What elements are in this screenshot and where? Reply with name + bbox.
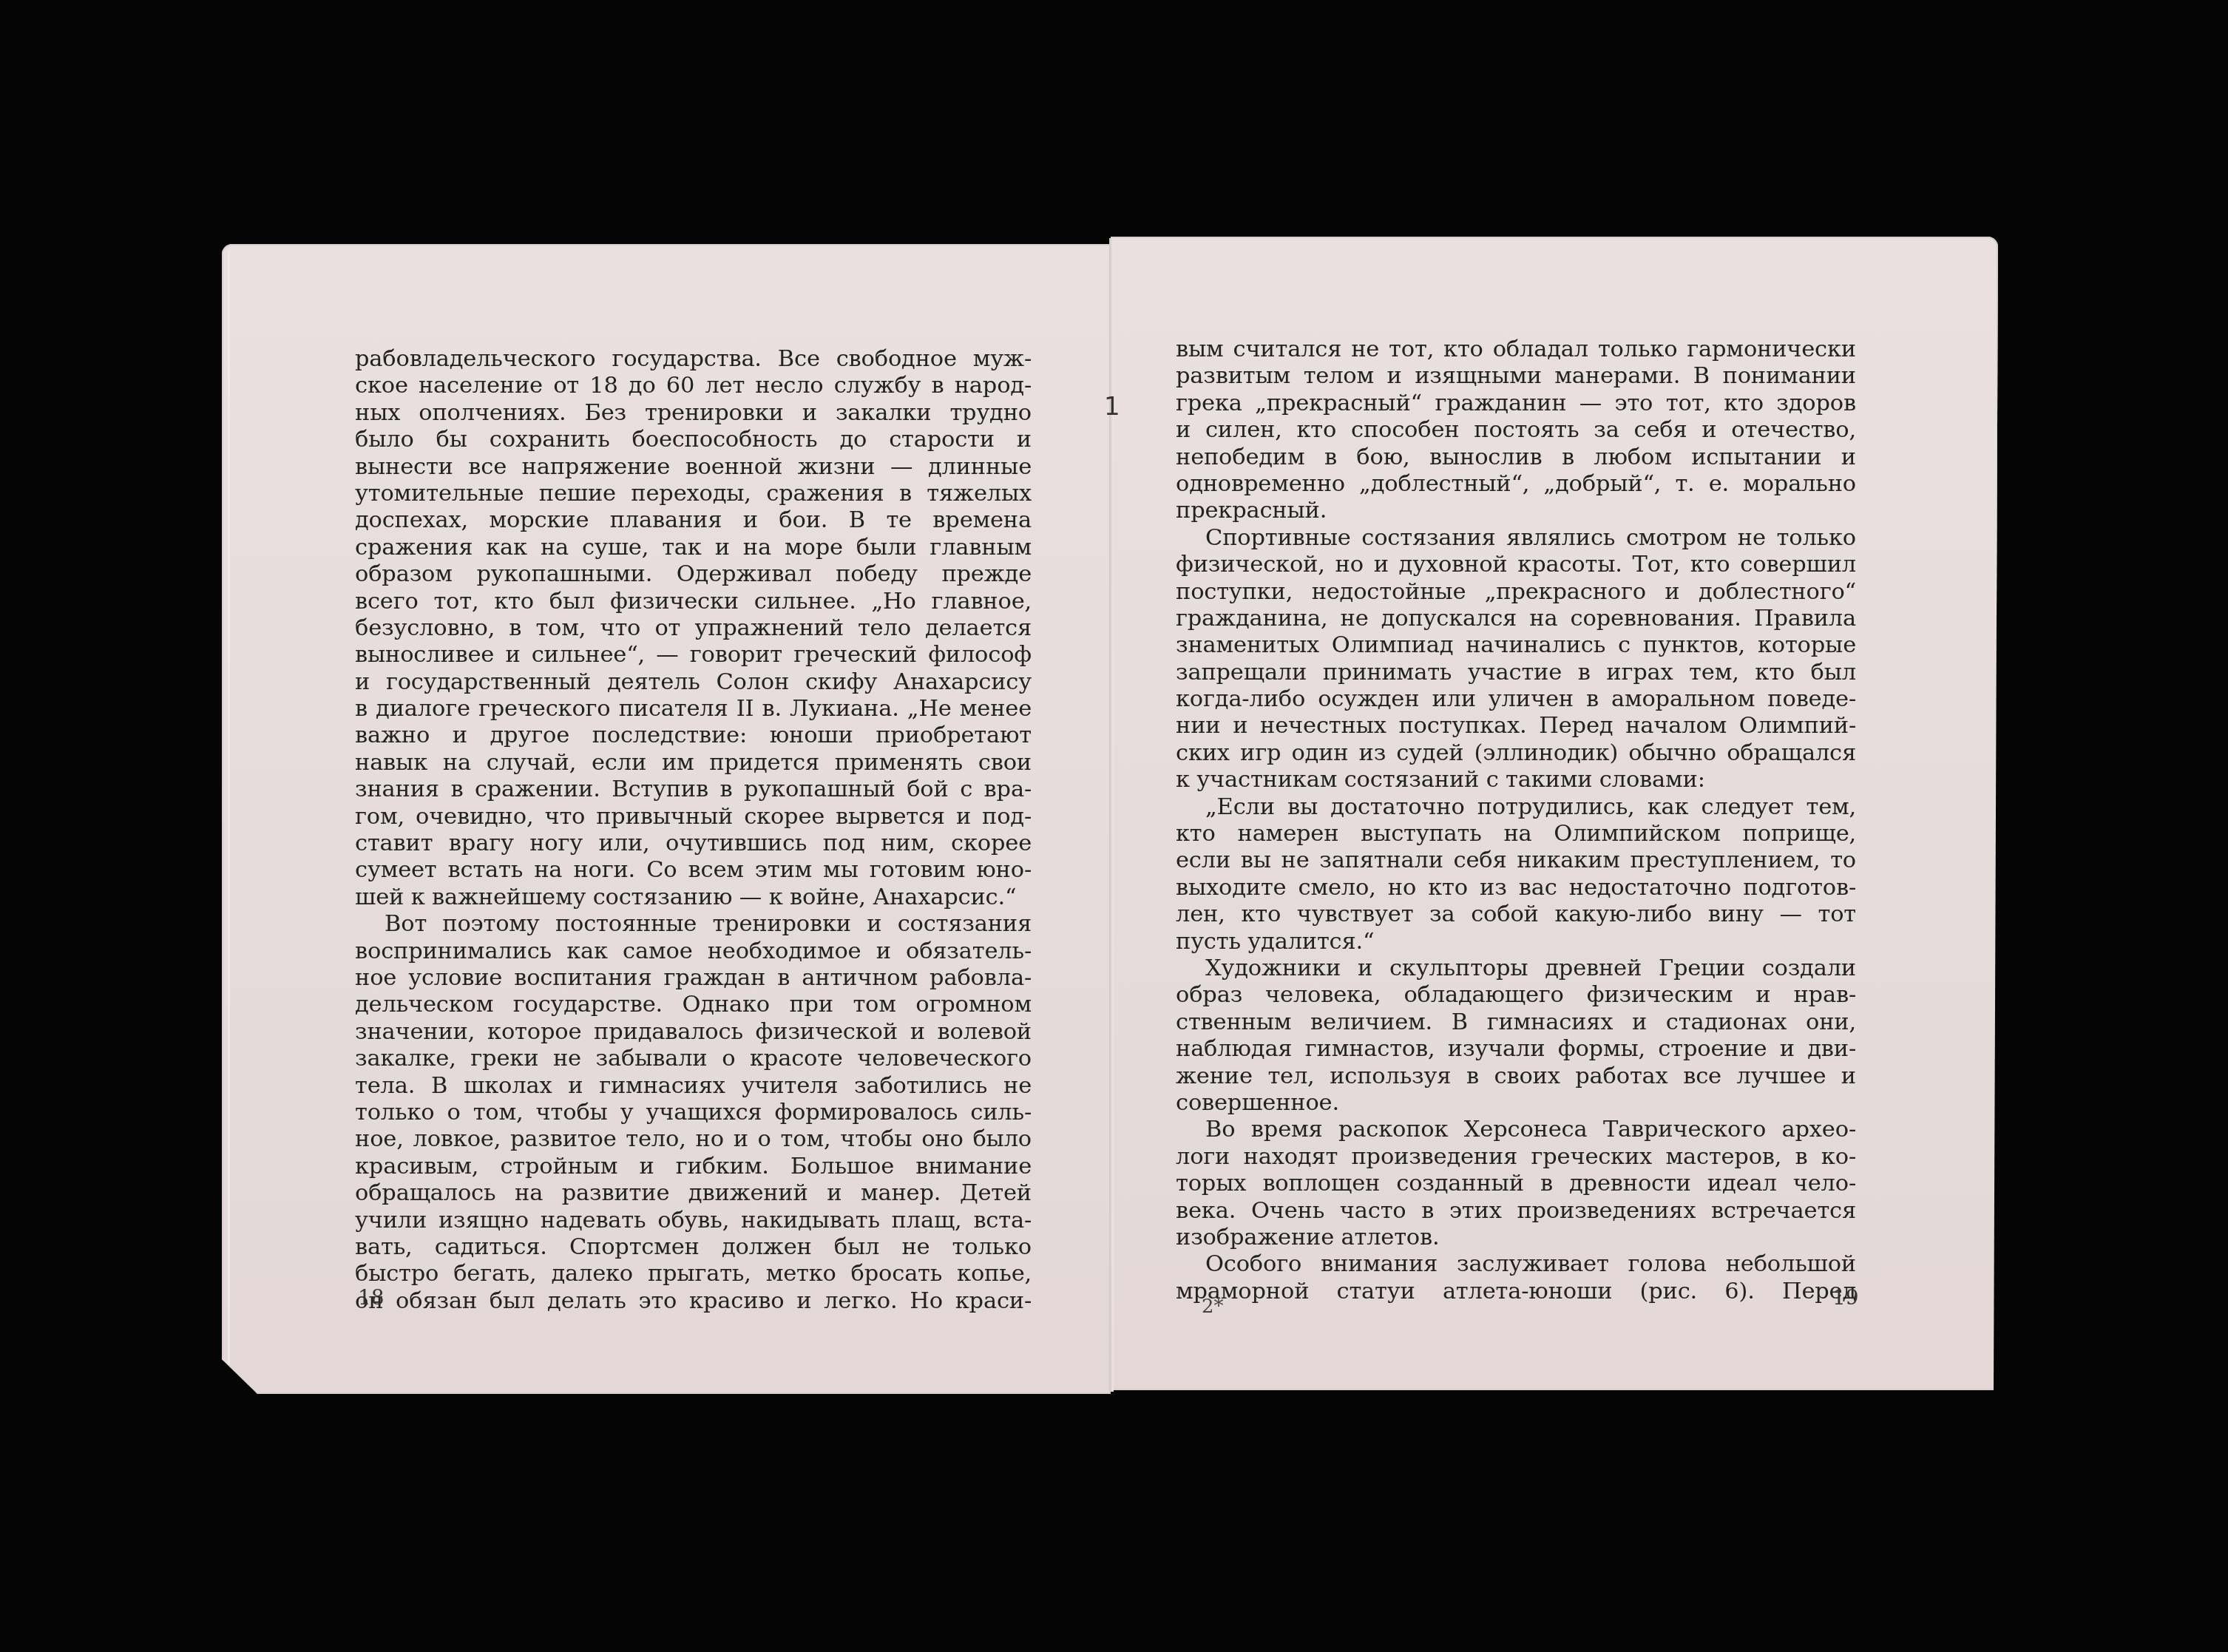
text-line: быстро бегать, далеко прыгать, метко бро… [355,1261,1032,1287]
text-line: доспехах, морские плавания и бои. В те в… [355,507,1032,534]
text-line: утомительные пешие переходы, сражения в … [355,481,1032,507]
text-line: нии и нечестных поступках. Перед началом… [1176,713,1856,739]
text-line: образ человека, обладающего физическим и… [1176,982,1856,1009]
text-line: логи находят произведения греческих маст… [1176,1144,1856,1171]
paragraph-start-line: Художники и скульпторы древней Греции со… [1176,955,1856,982]
text-line: грека „прекрасный“ гражданин — это тот, … [1176,390,1856,417]
text-line: только о том, чтобы у учащихся формирова… [355,1100,1032,1126]
text-line: важно и другое последствие: юноши приобр… [355,722,1032,749]
text-line: торых воплощен созданный в древности иде… [1176,1171,1856,1197]
text-line: кто намерен выступать на Олимпийском поп… [1176,821,1856,847]
text-line: дельческом государстве. Однако при том о… [355,992,1032,1018]
text-line: знания в сражении. Вступив в рукопашный … [355,776,1032,803]
text-line: знаменитых Олимпиад начинались с пунктов… [1176,632,1856,659]
text-line: выходите смело, но кто из вас недостаточ… [1176,875,1856,901]
text-line: к участникам состязаний с такими словами… [1176,767,1856,793]
text-line: вым считался не тот, кто обладал только … [1176,336,1856,363]
book-spread: рабовладельческого государства. Все своб… [0,0,2228,1652]
text-line: века. Очень часто в этих произведениях в… [1176,1198,1856,1225]
text-line: жение тел, используя в своих работах все… [1176,1063,1856,1090]
text-line: и государственный деятель Солон скифу Ан… [355,669,1032,696]
text-line: вынести все напряжение военной жизни — д… [355,454,1032,481]
text-line: закалке, греки не забывали о красоте чел… [355,1046,1032,1072]
text-line: ное, ловкое, развитое тело, но и о том, … [355,1126,1032,1153]
text-line: ских игр один из судей (эллинодик) обычн… [1176,740,1856,767]
text-line: навык на случай, если им придется примен… [355,750,1032,776]
gutter-mark: 1 [1104,392,1120,422]
right-page-number: 19 [1832,1285,1859,1310]
paragraph-start-line: Особого внимания заслуживает голова небо… [1176,1251,1856,1278]
paragraph-start-line: Во время раскопок Херсонеса Таврического… [1176,1117,1856,1143]
text-line: пусть удалится.“ [1176,929,1856,955]
signature-mark: 2* [1202,1296,1224,1318]
text-line: одновременно „доблестный“, „добрый“, т. … [1176,471,1856,498]
text-line: если вы не запятнали себя никаким престу… [1176,847,1856,874]
text-line: мраморной статуи атлета-юноши (рис. 6). … [1176,1279,1856,1305]
text-line: вать, садиться. Спортсмен должен был не … [355,1234,1032,1261]
right-page-text: вым считался не тот, кто обладал только … [1176,336,1856,1305]
text-line: наблюдая гимнастов, изучали формы, строе… [1176,1036,1856,1063]
text-line: значении, которое придавалось физической… [355,1019,1032,1046]
text-line: было бы сохранить боеспособность до стар… [355,427,1032,453]
text-line: тела. В школах и гимнасиях учителя забот… [355,1073,1032,1100]
text-line: ственным величием. В гимнасиях и стадион… [1176,1009,1856,1036]
text-line: запрещали принимать участие в играх тем,… [1176,660,1856,686]
text-line: лен, кто чувствует за собой какую-либо в… [1176,901,1856,928]
text-line: гом, очевидно, что привычный скорее вырв… [355,804,1032,830]
text-line: рабовладельческого государства. Все своб… [355,346,1032,373]
text-line: всего тот, кто был физически сильнее. „Н… [355,589,1032,615]
text-line: воспринимались как самое необходимое и о… [355,938,1032,965]
left-page-number: 18 [358,1285,385,1310]
left-page-text: рабовладельческого государства. Все своб… [355,346,1032,1315]
text-line: образом рукопашными. Одерживал победу пр… [355,561,1032,588]
text-line: непобедим в бою, вынослив в любом испыта… [1176,444,1856,471]
paragraph-start-line: Спортивные состязания являлись смотром н… [1176,525,1856,552]
text-line: в диалоге греческого писателя II в. Луки… [355,696,1032,722]
text-line: сумеет встать на ноги. Со всем этим мы г… [355,857,1032,884]
text-line: физической, но и духовной красоты. Тот, … [1176,552,1856,578]
text-line: прекрасный. [1176,498,1856,524]
text-line: обращалось на развитие движений и манер.… [355,1180,1032,1207]
text-line: поступки, недостойные „прекрасного и доб… [1176,579,1856,606]
text-line: безусловно, в том, что от упражнений тел… [355,615,1032,642]
text-line: сражения как на суше, так и на море были… [355,535,1032,561]
quote-start-line: „Если вы достаточно потрудились, как сле… [1176,794,1856,821]
text-line: совершенное. [1176,1090,1856,1117]
text-line: шей к важнейшему состязанию — к войне, А… [355,884,1032,911]
text-line: он обязан был делать это красиво и легко… [355,1288,1032,1315]
text-line: ское население от 18 до 60 лет несло слу… [355,373,1032,399]
paragraph-start-line: Вот поэтому постоянные тренировки и сост… [355,911,1032,938]
text-line: красивым, стройным и гибким. Большое вни… [355,1154,1032,1180]
text-line: учили изящно надевать обувь, накидывать … [355,1208,1032,1234]
text-line: гражданина, не допускался на соревновани… [1176,606,1856,632]
text-line: изображение атлетов. [1176,1225,1856,1251]
text-line: ное условие воспитания граждан в антично… [355,965,1032,992]
text-line: когда-либо осужден или уличен в аморальн… [1176,686,1856,713]
text-line: ставит врагу ногу или, очутившись под ни… [355,830,1032,857]
text-line: ных ополчениях. Без тренировки и закалки… [355,400,1032,427]
text-line: и силен, кто способен постоять за себя и… [1176,417,1856,444]
text-line: выносливее и сильнее“, — говорит греческ… [355,642,1032,668]
text-line: развитым телом и изящными манерами. В по… [1176,363,1856,390]
